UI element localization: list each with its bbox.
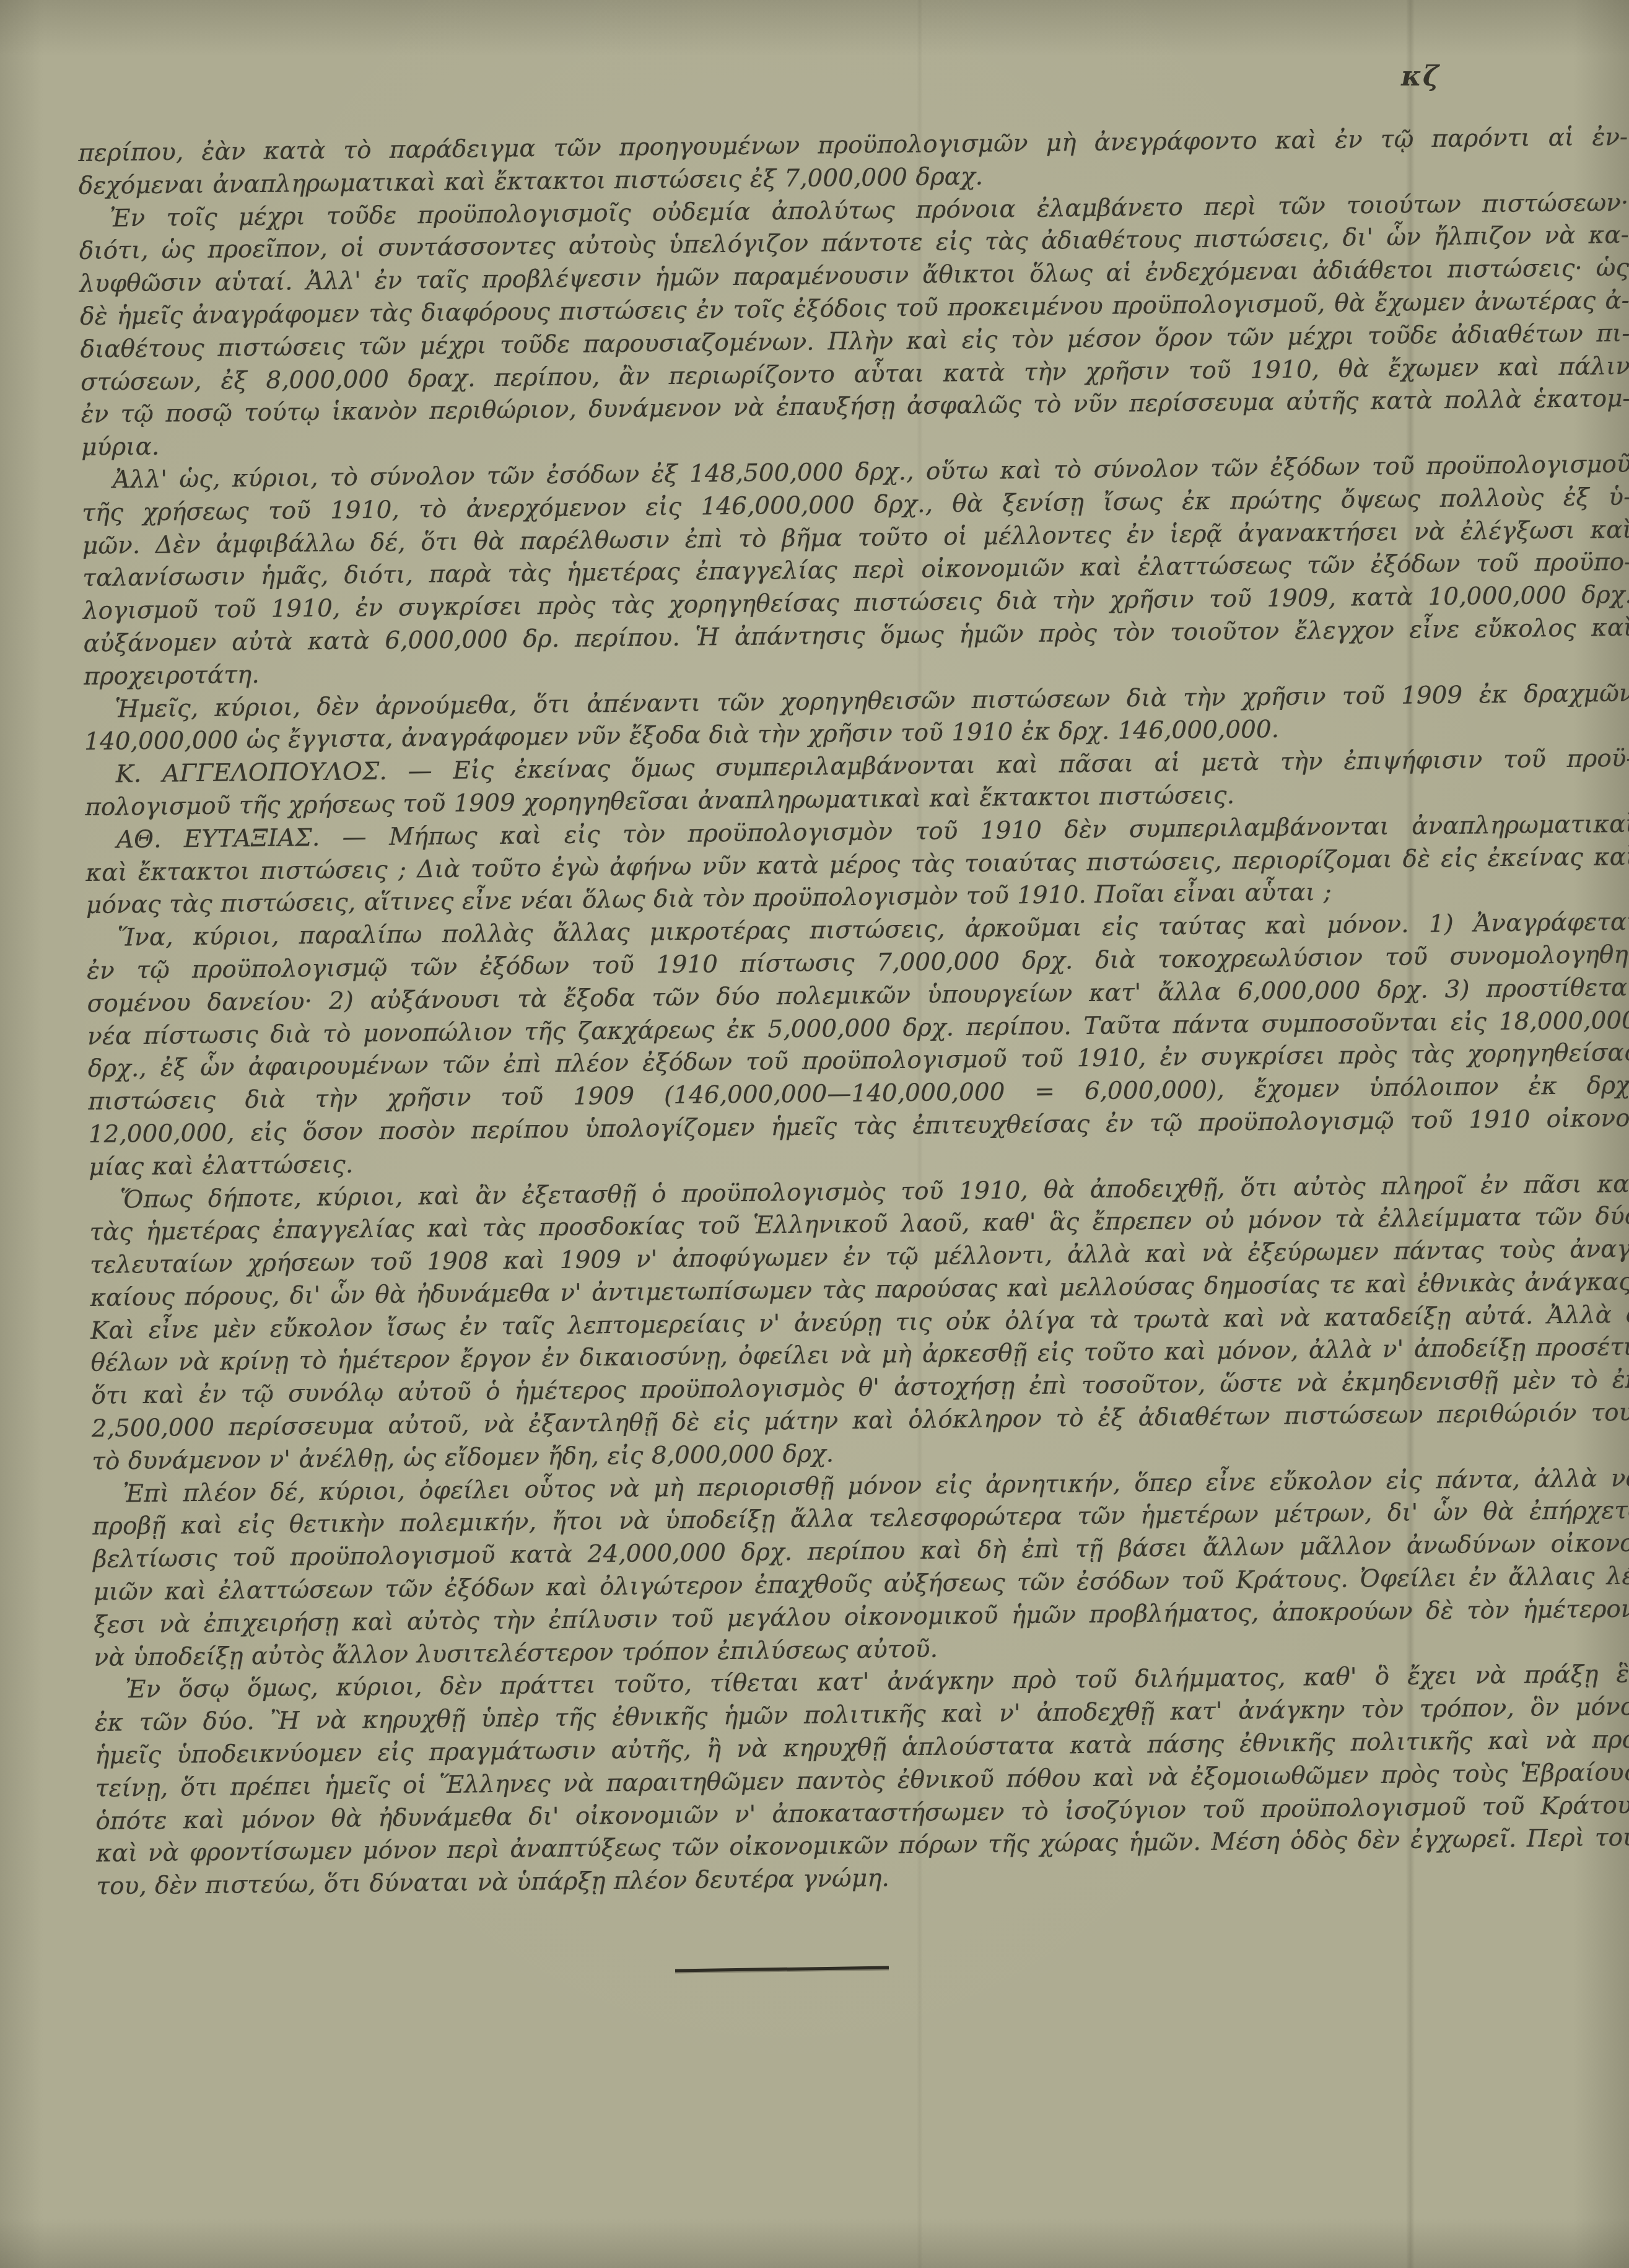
page-number: κζ — [1401, 61, 1440, 92]
section-divider-rule — [675, 1966, 889, 1972]
text-column: περίπου, ἐὰν κατὰ τὸ παράδειγμα τῶν προη… — [78, 121, 1629, 1904]
scanned-document-page: κζ περίπου, ἐὰν κατὰ τὸ παράδειγμα τῶν π… — [0, 0, 1629, 2268]
